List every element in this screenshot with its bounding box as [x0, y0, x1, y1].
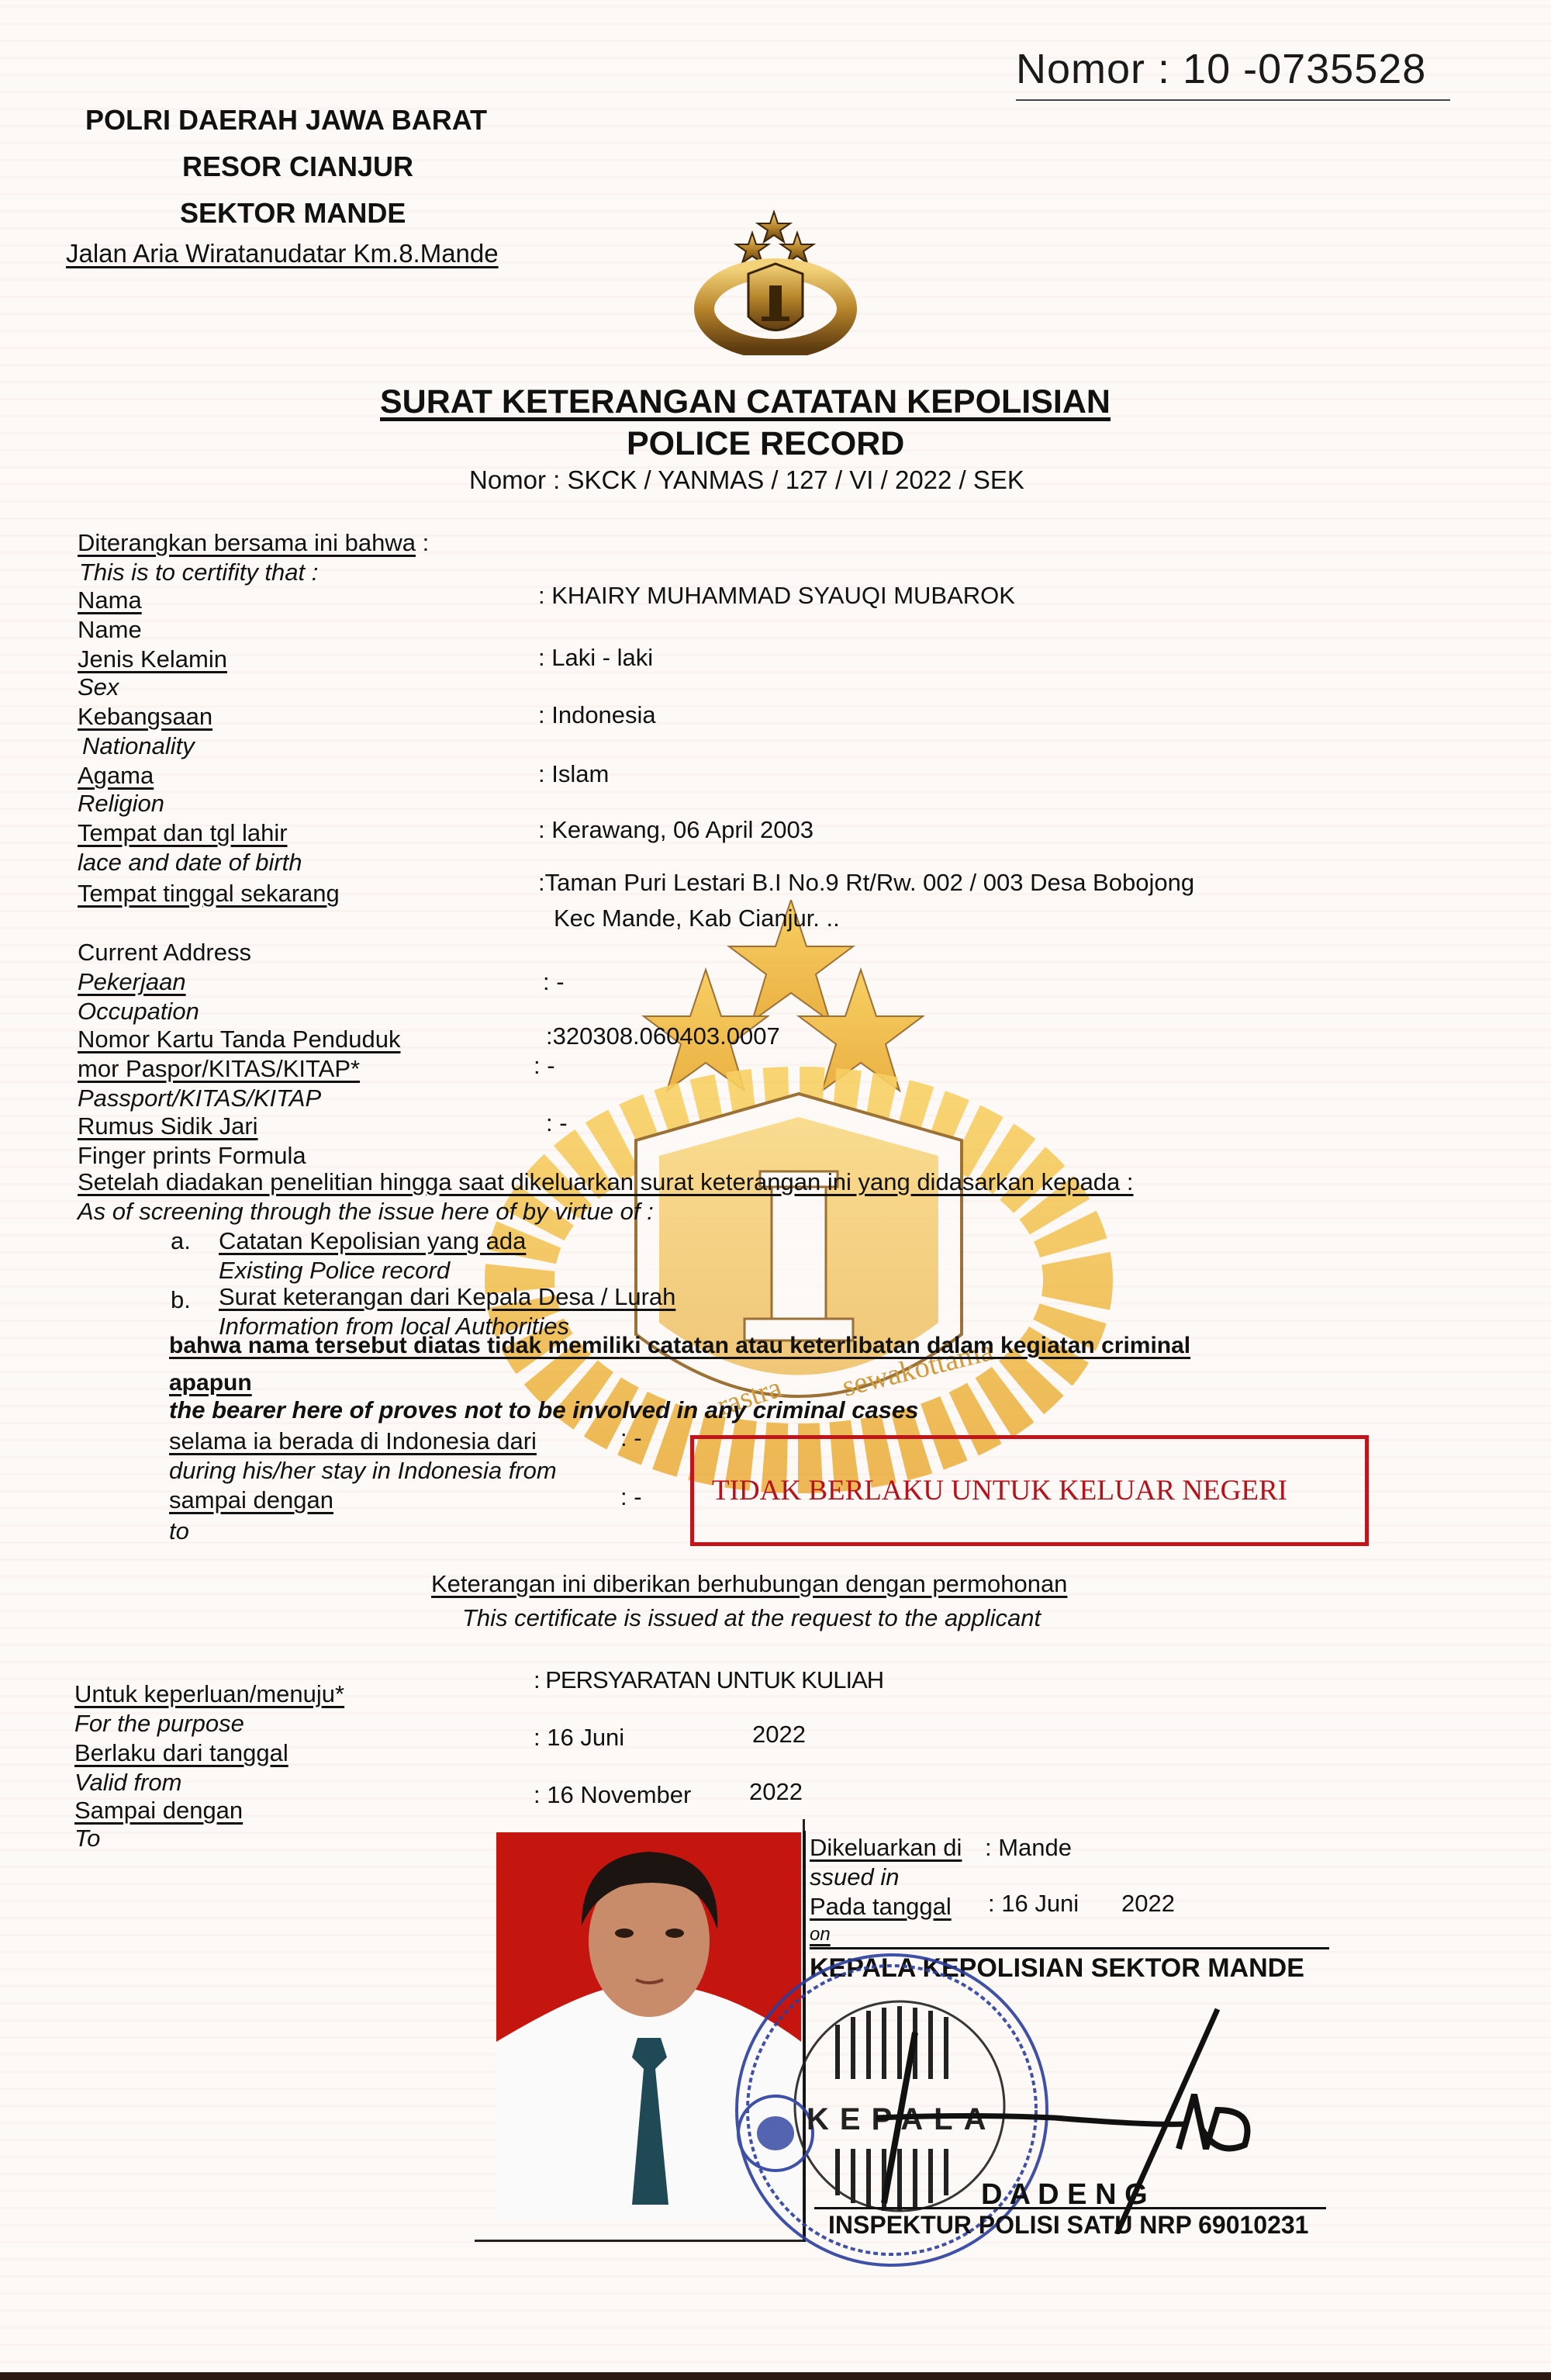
clearance-statement-id: bahwa nama tersebut diatas tidak memilik…: [169, 1333, 1190, 1359]
record-number: Nomor : SKCK / YANMAS / 127 / VI / 2022 …: [469, 465, 1024, 495]
screening-indonesian: Setelah diadakan penelitian hingga saat …: [78, 1168, 1134, 1196]
valid-to-label-en: To: [74, 1825, 100, 1852]
field-birth-label: Tempat dan tgl lahir: [78, 819, 288, 847]
valid-from-value: : 16 Juni: [534, 1724, 624, 1752]
stay-to-label: sampai dengan: [169, 1486, 333, 1514]
field-fingerprint-label-en: Finger prints Formula: [78, 1142, 306, 1170]
field-address-value: :Taman Puri Lestari B.I No.9 Rt/Rw. 002 …: [538, 869, 1194, 897]
purpose-label: Untuk keperluan/menuju*: [74, 1680, 344, 1708]
request-indonesian: Keterangan ini diberikan berhubungan den…: [431, 1570, 1067, 1598]
stay-from-value: : -: [620, 1424, 642, 1452]
field-sex-value: : Laki - laki: [538, 644, 653, 672]
agency-address: Jalan Aria Wiratanudatar Km.8.Mande: [66, 239, 499, 268]
field-nationality-label-en: Nationality: [82, 732, 195, 760]
intro-colon: :: [423, 529, 430, 556]
valid-from-year: 2022: [752, 1721, 806, 1749]
agency-region: POLRI DAERAH JAWA BARAT: [85, 104, 487, 137]
request-english: This certificate is issued at the reques…: [462, 1604, 1041, 1632]
signer-rank: INSPEKTUR POLISI SATU NRP 69010231: [828, 2211, 1308, 2240]
field-occupation-value: : -: [543, 968, 565, 996]
screening-item-b-label: Surat keterangan dari Kepala Desa / Lura…: [219, 1283, 675, 1311]
valid-to-year: 2022: [749, 1778, 803, 1806]
field-passport-label: mor Paspor/KITAS/KITAP*: [78, 1055, 360, 1083]
agency-sector: SEKTOR MANDE: [180, 197, 406, 230]
field-passport-label-en: Passport/KITAS/KITAP: [78, 1084, 321, 1112]
intro-indonesian: Diterangkan bersama ini bahwa :: [78, 529, 429, 557]
serial-underline: [1016, 99, 1450, 101]
title-indonesian: SURAT KETERANGAN CATATAN KEPOLISIAN: [380, 383, 1111, 421]
field-occupation-label-en: Occupation: [78, 998, 199, 1026]
valid-to-value: : 16 November: [534, 1781, 691, 1809]
field-religion-label-en: Religion: [78, 790, 164, 818]
stay-from-label-en: during his/her stay in Indonesia from: [169, 1457, 557, 1485]
field-occupation-label: Pekerjaan: [78, 968, 186, 996]
field-sex-label-en: Sex: [78, 673, 119, 701]
issued-in-value: : Mande: [985, 1834, 1072, 1862]
field-fingerprint-label: Rumus Sidik Jari: [78, 1112, 258, 1140]
valid-from-label-en: Valid from: [74, 1769, 181, 1797]
issue-date-value: : 16 Juni: [988, 1890, 1079, 1918]
screening-english: As of screening through the issue here o…: [78, 1198, 654, 1226]
stay-to-label-en: to: [169, 1517, 189, 1545]
agency-resort: RESOR CIANJUR: [182, 150, 413, 183]
title-english: POLICE RECORD: [627, 425, 904, 463]
field-ktp-value: :320308.060403.0007: [546, 1022, 780, 1050]
valid-to-label: Sampai dengan: [74, 1797, 243, 1825]
field-birth-label-en: lace and date of birth: [78, 849, 302, 877]
screening-item-a-label-en: Existing Police record: [219, 1257, 450, 1285]
signer-rule: [814, 2207, 1326, 2209]
field-nationality-value: : Indonesia: [538, 701, 656, 729]
issue-date-year: 2022: [1121, 1890, 1175, 1918]
issue-date-label: Pada tanggal: [810, 1893, 952, 1921]
page-bottom-edge: [0, 2372, 1551, 2380]
field-birth-value: : Kerawang, 06 April 2003: [538, 816, 813, 844]
field-name-value: : KHAIRY MUHAMMAD SYAUQI MUBAROK: [538, 582, 1015, 610]
field-address-label-en: Current Address: [78, 939, 251, 967]
intro-indonesian-text: Diterangkan bersama ini bahwa: [78, 529, 416, 556]
valid-from-label: Berlaku dari tanggal: [74, 1739, 288, 1767]
issued-in-label: Dikeluarkan di: [810, 1834, 962, 1862]
screening-item-a-marker: a.: [171, 1227, 191, 1255]
screening-item-a-label: Catatan Kepolisian yang ada: [219, 1227, 526, 1255]
clearance-statement-en: the bearer here of proves not to be invo…: [169, 1396, 918, 1424]
field-sex-label: Jenis Kelamin: [78, 645, 227, 673]
clearance-statement-id-2: apapun: [169, 1370, 252, 1396]
stay-from-label: selama ia berada di Indonesia dari: [169, 1427, 537, 1455]
screening-item-b-marker: b.: [171, 1286, 191, 1314]
field-name-label-en: Name: [78, 616, 142, 644]
purpose-label-en: For the purpose: [74, 1710, 244, 1738]
document-serial-number: Nomor : 10 -0735528: [1016, 45, 1426, 93]
field-religion-label: Agama: [78, 762, 154, 790]
field-ktp-label: Nomor Kartu Tanda Penduduk: [78, 1026, 400, 1053]
purpose-value: : PERSYARATAN UNTUK KULIAH: [534, 1666, 883, 1694]
field-address-value-line2: Kec Mande, Kab Cianjur. ..: [554, 905, 840, 932]
field-nationality-label: Kebangsaan: [78, 703, 212, 731]
restriction-stamp-text: TIDAK BERLAKU UNTUK KELUAR NEGERI: [712, 1474, 1287, 1507]
intro-english: This is to certifity that :: [79, 559, 318, 586]
police-emblem-icon: [690, 200, 861, 355]
field-address-label: Tempat tinggal sekarang: [78, 880, 340, 908]
field-name-label: Nama: [78, 586, 142, 614]
issued-in-label-en: ssued in: [810, 1863, 899, 1891]
field-fingerprint-value: : -: [546, 1109, 568, 1137]
field-passport-value: : -: [534, 1052, 555, 1080]
field-religion-value: : Islam: [538, 760, 609, 788]
stay-to-value: : -: [620, 1483, 642, 1511]
